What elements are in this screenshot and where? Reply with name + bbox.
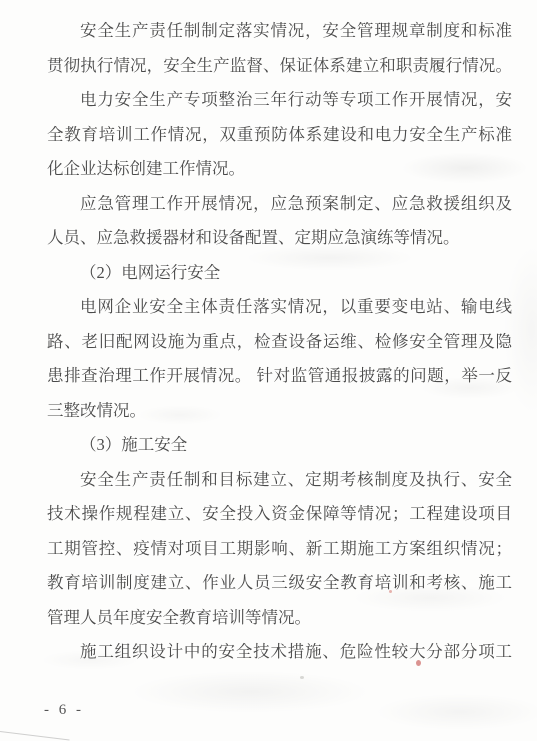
document-line: 技术操作规程建立、安全投入资金保障等情况；工程建设项目 [47, 497, 512, 532]
document-line: 电力安全生产专项整治三年行动等专项工作开展情况，安 [47, 83, 512, 118]
document-line: 贯彻执行情况，安全生产监督、保证体系建立和职责履行情况。 [47, 49, 512, 84]
document-line: 应急管理工作开展情况，应急预案制定、应急救援组织及 [47, 187, 512, 222]
document-line: 人员、应急救援器材和设备配置、定期应急演练等情况。 [47, 221, 512, 256]
document-line: 工期管控、疫情对项目工期影响、新工期施工方案组织情况； [47, 532, 512, 567]
document-line: 全教育培训工作情况，双重预防体系建设和电力安全生产标准 [47, 118, 512, 153]
document-line: 电网企业安全主体责任落实情况，以重要变电站、输电线 [47, 290, 512, 325]
page-number: - 6 - [44, 702, 84, 719]
document-line: 化企业达标创建工作情况。 [47, 152, 512, 187]
document-line: 施工组织设计中的安全技术措施、危险性较大分部分项工 [47, 635, 512, 670]
document-line: 教育培训制度建立、作业人员三级安全教育培训和考核、施工 [47, 566, 512, 601]
section-heading: （3）施工安全 [47, 428, 512, 463]
document-line: 患排查治理工作开展情况。 针对监管通报披露的问题，举一反 [47, 359, 512, 394]
document-line: 安全生产责任制和目标建立、定期考核制度及执行、安全 [47, 463, 512, 498]
scan-speck [300, 676, 304, 679]
scan-edge-artifact [0, 731, 70, 741]
section-heading: （2）电网运行安全 [47, 256, 512, 291]
document-line: 安全生产责任制制定落实情况，安全管理规章制度和标准 [47, 14, 512, 49]
document-line: 管理人员年度安全教育培训等情况。 [47, 601, 512, 636]
document-body: 安全生产责任制制定落实情况，安全管理规章制度和标准贯彻执行情况，安全生产监督、保… [47, 14, 512, 670]
document-line: 三整改情况。 [47, 394, 512, 429]
document-page: 安全生产责任制制定落实情况，安全管理规章制度和标准贯彻执行情况，安全生产监督、保… [0, 0, 537, 741]
document-line: 路、老旧配网设施为重点，检查设备运维、检修安全管理及隐 [47, 325, 512, 360]
